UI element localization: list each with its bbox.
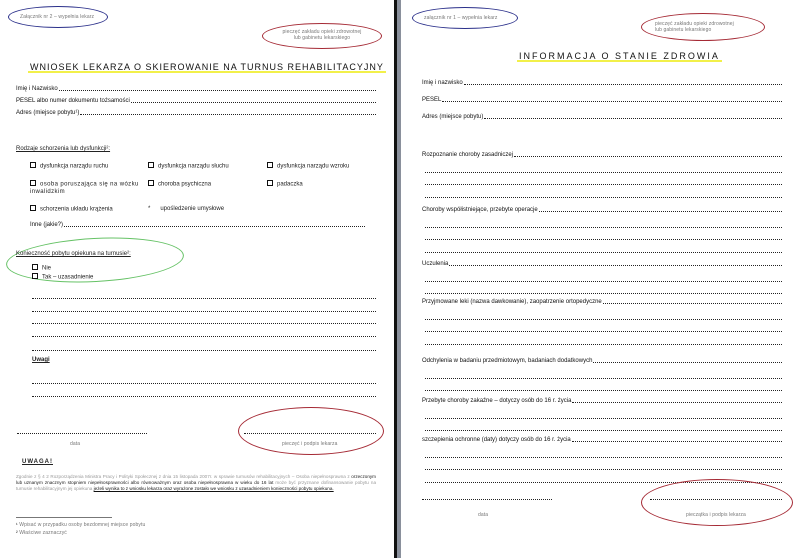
remarks-line[interactable] <box>32 396 376 397</box>
footnote-text: Właściwe zaznaczyć <box>19 530 67 536</box>
signature-line[interactable] <box>244 433 376 434</box>
option-label: osoba poruszająca się na wózku inwalidzk… <box>30 182 139 195</box>
section-label: Uczulenia <box>422 261 449 267</box>
stamp-label: pieczęć zakładu opieki zdrowotnej lub ga… <box>276 29 368 41</box>
option-hearing-dysfunction[interactable]: dysfunkcja narządu słuchu <box>148 163 229 170</box>
annex-label: Załącznik nr 2 – wypełnia lekarz <box>20 14 94 20</box>
option-vision-dysfunction[interactable]: dysfunkcja narządu wzroku <box>267 163 349 170</box>
justification-line[interactable] <box>32 311 376 312</box>
section-field[interactable]: Przyjmowane leki (nazwa dawkowanie), zao… <box>422 299 782 305</box>
footnote-text: Wpisać w przypadku osoby bezdomnej miejs… <box>19 522 145 528</box>
option-label: Tak – uzasadnienie <box>42 275 93 281</box>
field-name[interactable]: Imię i nazwisko <box>422 80 782 86</box>
field-pesel[interactable]: PESEL albo numer dokumentu tożsamości <box>16 98 376 104</box>
section-continuation-line[interactable] <box>425 390 782 391</box>
section-field[interactable]: Choroby współistniejące, przebyte operac… <box>422 207 782 213</box>
checkbox[interactable] <box>30 180 36 186</box>
field-label: Adres (miejsce pobytu¹) <box>16 110 80 116</box>
remarks-line[interactable] <box>32 383 376 384</box>
section-continuation-line[interactable] <box>425 184 782 185</box>
section-continuation-line[interactable] <box>425 344 782 345</box>
section-continuation-line[interactable] <box>425 197 782 198</box>
remarks-heading: Uwagi <box>32 357 50 363</box>
field-input-line[interactable] <box>572 401 782 403</box>
notes-text-underlined: jeżeli wynika to z wniosku lekarza oraz … <box>94 486 334 491</box>
checkbox[interactable] <box>267 162 273 168</box>
field-other[interactable]: Inne (jakie?) <box>30 222 365 228</box>
document-title: INFORMACJA O STANIE ZDROWIA <box>517 51 722 62</box>
footnote-2: ² Właściwe zaznaczyć <box>16 530 67 536</box>
field-input-line[interactable] <box>464 83 782 85</box>
section-field[interactable]: szczepienia ochronne (daty) dotyczy osób… <box>422 437 782 443</box>
justification-line[interactable] <box>32 350 376 351</box>
notes-paragraph: Zgodnie z § 4 2 Rozporządzenia Ministra … <box>16 474 376 492</box>
checkbox[interactable] <box>32 273 38 279</box>
field-address[interactable]: Adres (miejsce pobytu) <box>422 114 782 120</box>
document-title: WNIOSEK LEKARZA O SKIEROWANIE NA TURNUS … <box>28 62 386 73</box>
section-continuation-line[interactable] <box>425 281 782 282</box>
field-label: Inne (jakie?) <box>30 222 64 228</box>
section-continuation-line[interactable] <box>425 227 782 228</box>
justification-line[interactable] <box>32 323 376 324</box>
left-document-page: Załącznik nr 2 – wypełnia lekarz pieczęć… <box>0 0 394 558</box>
section-field[interactable]: Odchylenia w badaniu przedmiotowym, bada… <box>422 358 782 364</box>
section-continuation-line[interactable] <box>425 457 782 458</box>
checkbox[interactable] <box>148 162 154 168</box>
option-epilepsy[interactable]: padaczka <box>267 181 303 188</box>
section-field[interactable]: Rozpoznanie choroby zasadniczej <box>422 152 782 158</box>
notes-heading: UWAGA! <box>22 459 53 465</box>
field-input-line[interactable] <box>80 113 376 115</box>
section-label: Rozpoznanie choroby zasadniczej <box>422 152 514 158</box>
field-label: PESEL albo numer dokumentu tożsamości <box>16 98 131 104</box>
section-field[interactable]: Uczulenia <box>422 261 782 267</box>
section-continuation-line[interactable] <box>425 469 782 470</box>
option-label: dysfunkcja narządu słuchu <box>158 164 229 170</box>
field-input-line[interactable] <box>572 440 782 442</box>
section-field[interactable]: Przebyte choroby zakaźne – dotyczy osób … <box>422 398 782 404</box>
stamp-label-line: lub gabinetu lekarskiego <box>655 27 734 33</box>
section-continuation-line[interactable] <box>425 378 782 379</box>
field-label: Adres (miejsce pobytu) <box>422 114 484 120</box>
justification-line[interactable] <box>32 336 376 337</box>
field-label: Imię i nazwisko <box>422 80 464 86</box>
bullet-asterisk: * <box>148 206 150 212</box>
option-circulatory[interactable]: schorzenia układu krążenia <box>30 206 113 213</box>
field-label: PESEL <box>422 97 442 103</box>
option-intellectual-disability[interactable]: *upośledzenie umysłowe <box>148 206 224 212</box>
section-continuation-line[interactable] <box>425 172 782 173</box>
option-label: upośledzenie umysłowe <box>160 206 224 212</box>
field-name[interactable]: Imię i Nazwisko <box>16 86 376 92</box>
stamp-label-line: lub gabinetu lekarskiego <box>276 35 368 41</box>
field-input-line[interactable] <box>59 89 376 91</box>
option-label: dysfunkcja narządu ruchu <box>40 164 108 170</box>
section-label: Choroby współistniejące, przebyte operac… <box>422 207 539 213</box>
checkbox[interactable] <box>30 205 36 211</box>
field-input-line[interactable] <box>442 100 782 102</box>
section-continuation-line[interactable] <box>425 430 782 431</box>
section-label: Przyjmowane leki (nazwa dawkowanie), zao… <box>422 299 603 305</box>
option-label: Nie <box>42 266 51 272</box>
option-guardian-no[interactable]: Nie <box>32 265 51 272</box>
checkbox[interactable] <box>32 264 38 270</box>
footnote-separator <box>16 517 112 518</box>
option-label: padaczka <box>277 182 303 188</box>
field-input-line[interactable] <box>593 361 782 363</box>
checkbox[interactable] <box>267 180 273 186</box>
right-document-page: załącznik nr 1 – wypełnia lekarz pieczęć… <box>401 0 798 558</box>
option-wheelchair[interactable]: osoba poruszająca się na wózku inwalidzk… <box>30 181 142 196</box>
signature-label: pieczątka i podpis lekarza <box>686 512 746 518</box>
field-pesel[interactable]: PESEL <box>422 97 782 103</box>
signature-ellipse-annotation <box>238 407 384 455</box>
field-input-line[interactable] <box>484 117 782 119</box>
option-label: schorzenia układu krążenia <box>40 207 113 213</box>
field-input-line[interactable] <box>603 302 782 304</box>
signature-line[interactable] <box>650 499 782 500</box>
section-label: Odchylenia w badaniu przedmiotowym, bada… <box>422 358 593 364</box>
annex-label: załącznik nr 1 – wypełnia lekarz <box>424 15 498 21</box>
disability-heading: Rodzaje schorzenia lub dysfunkcji²: <box>16 146 110 152</box>
date-line[interactable] <box>17 433 147 434</box>
signature-ellipse-annotation <box>641 479 793 526</box>
date-line[interactable] <box>422 499 552 500</box>
signature-label: pieczęć i podpis lekarza <box>282 441 337 447</box>
date-label: data <box>478 512 488 518</box>
section-continuation-line[interactable] <box>425 239 782 240</box>
notes-text: Zgodnie z § 4 2 Rozporządzenia Ministra … <box>16 474 351 479</box>
section-continuation-line[interactable] <box>425 252 782 253</box>
option-guardian-yes[interactable]: Tak – uzasadnienie <box>32 274 93 281</box>
section-continuation-line[interactable] <box>425 293 782 294</box>
checkbox[interactable] <box>148 180 154 186</box>
justification-line[interactable] <box>32 298 376 299</box>
date-label: data <box>70 441 80 447</box>
field-label: Imię i Nazwisko <box>16 86 59 92</box>
guardian-heading: Konieczność pobytu opiekuna na turnusie²… <box>16 251 131 257</box>
option-mental-illness[interactable]: choroba psychiczna <box>148 181 211 188</box>
section-continuation-line[interactable] <box>425 319 782 320</box>
field-input-line[interactable] <box>64 225 365 227</box>
section-label: szczepienia ochronne (daty) dotyczy osób… <box>422 437 572 443</box>
checkbox[interactable] <box>30 162 36 168</box>
field-input-line[interactable] <box>514 155 782 157</box>
field-input-line[interactable] <box>131 101 376 103</box>
section-continuation-line[interactable] <box>425 331 782 332</box>
option-label: choroba psychiczna <box>158 182 211 188</box>
field-address[interactable]: Adres (miejsce pobytu¹) <box>16 110 376 116</box>
section-continuation-line[interactable] <box>425 418 782 419</box>
field-input-line[interactable] <box>539 210 782 212</box>
section-label: Przebyte choroby zakaźne – dotyczy osób … <box>422 398 572 404</box>
stamp-label: pieczęć zakładu opieki zdrowotnej lub ga… <box>655 21 734 33</box>
footnote-1: ¹ Wpisać w przypadku osoby bezdomnej mie… <box>16 522 145 528</box>
field-input-line[interactable] <box>449 264 782 266</box>
option-mobility-dysfunction[interactable]: dysfunkcja narządu ruchu <box>30 163 108 170</box>
option-label: dysfunkcja narządu wzroku <box>277 164 349 170</box>
